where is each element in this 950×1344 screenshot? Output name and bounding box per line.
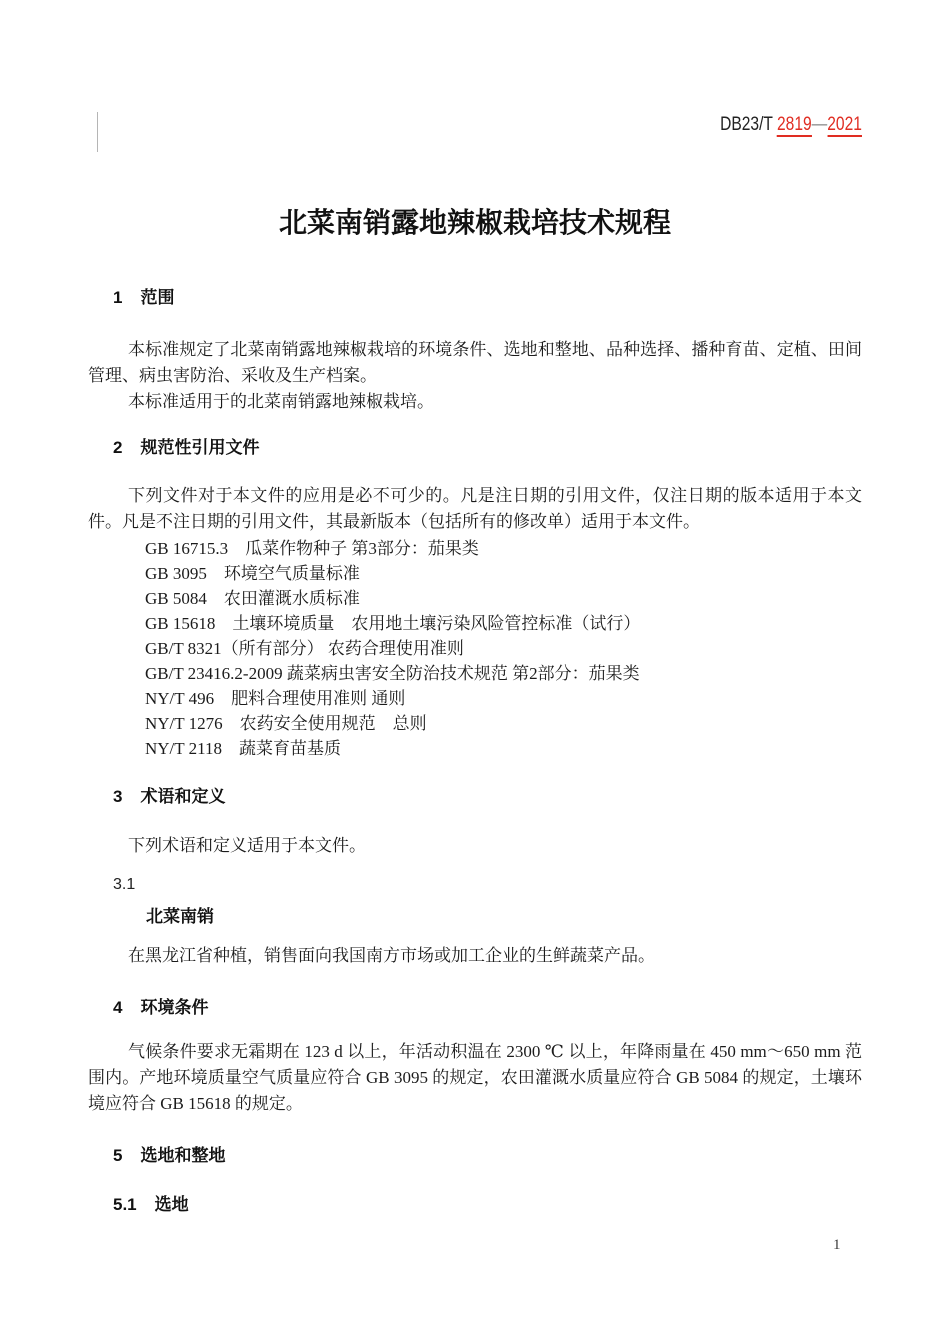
section-heading-site: 5选地和整地 xyxy=(113,1146,225,1166)
references-intro-block: 下列文件对于本文件的应用是必不可少的。凡是注日期的引用文件，仅注日期的版本适用于… xyxy=(88,483,862,535)
reference-item: GB 16715.3 瓜菜作物种子 第3部分：茄果类 xyxy=(88,536,862,561)
reference-item: NY/T 1276 农药安全使用规范 总则 xyxy=(88,711,862,736)
terms-intro: 下列术语和定义适用于本文件。 xyxy=(88,833,862,859)
section-number: 1 xyxy=(113,288,122,308)
section-heading-terms: 3术语和定义 xyxy=(113,787,225,807)
document-page: DB23/T 2819—2021 北菜南销露地辣椒栽培技术规程 1范围 本标准规… xyxy=(0,0,950,1344)
reference-item: GB 3095 环境空气质量标准 xyxy=(88,561,862,586)
section-title: 规范性引用文件 xyxy=(140,438,259,457)
section-heading-environment: 4环境条件 xyxy=(113,998,208,1018)
subsection-number: 5.1 xyxy=(113,1195,137,1215)
terms-intro-block: 下列术语和定义适用于本文件。 xyxy=(88,833,862,859)
section-heading-scope: 1范围 xyxy=(113,288,174,308)
term-definition: 在黑龙江省种植，销售面向我国南方市场或加工企业的生鲜蔬菜产品。 xyxy=(88,943,862,969)
section-title: 环境条件 xyxy=(140,998,208,1017)
references-intro: 下列文件对于本文件的应用是必不可少的。凡是注日期的引用文件，仅注日期的版本适用于… xyxy=(88,483,862,535)
section-number: 4 xyxy=(113,998,122,1018)
term-number: 3.1 xyxy=(113,875,135,895)
section-number: 3 xyxy=(113,787,122,807)
reference-item: NY/T 2118 蔬菜育苗基质 xyxy=(88,736,862,761)
section-title: 范围 xyxy=(140,288,174,307)
reference-item: NY/T 496 肥料合理使用准则 通则 xyxy=(88,686,862,711)
environment-body: 气候条件要求无霜期在 123 d 以上，年活动积温在 2300 ℃ 以上，年降雨… xyxy=(88,1039,862,1117)
subsection-title: 选地 xyxy=(155,1195,189,1214)
standard-code-year: 2021 xyxy=(827,114,862,137)
standard-code-dash: — xyxy=(812,114,828,135)
references-list: GB 16715.3 瓜菜作物种子 第3部分：茄果类 GB 3095 环境空气质… xyxy=(88,536,862,761)
standard-code-number: 2819 xyxy=(777,114,812,137)
standard-code-prefix: DB23/T xyxy=(720,114,777,135)
margin-change-bar xyxy=(97,112,98,152)
reference-item: GB 5084 农田灌溉水质标准 xyxy=(88,586,862,611)
section-heading-references: 2规范性引用文件 xyxy=(113,438,259,458)
term-name: 北菜南销 xyxy=(146,907,214,927)
page-number: 1 xyxy=(833,1236,841,1254)
scope-paragraph-1: 本标准规定了北菜南销露地辣椒栽培的环境条件、选地和整地、品种选择、播种育苗、定植… xyxy=(88,337,862,389)
environment-paragraph: 气候条件要求无霜期在 123 d 以上，年活动积温在 2300 ℃ 以上，年降雨… xyxy=(88,1039,862,1117)
reference-item: GB 15618 土壤环境质量 农用地土壤污染风险管控标准（试行） xyxy=(88,611,862,636)
reference-item: GB/T 23416.2-2009 蔬菜病虫害安全防治技术规范 第2部分：茄果类 xyxy=(88,661,862,686)
scope-body: 本标准规定了北菜南销露地辣椒栽培的环境条件、选地和整地、品种选择、播种育苗、定植… xyxy=(88,337,862,415)
term-definition-block: 在黑龙江省种植，销售面向我国南方市场或加工企业的生鲜蔬菜产品。 xyxy=(88,943,862,969)
reference-item: GB/T 8321（所有部分） 农药合理使用准则 xyxy=(88,636,862,661)
standard-code: DB23/T 2819—2021 xyxy=(720,114,862,136)
subsection-heading-site-selection: 5.1选地 xyxy=(113,1195,189,1215)
document-title: 北菜南销露地辣椒栽培技术规程 xyxy=(0,204,950,242)
section-title: 选地和整地 xyxy=(140,1146,225,1165)
scope-paragraph-2: 本标准适用于的北菜南销露地辣椒栽培。 xyxy=(88,389,862,415)
section-title: 术语和定义 xyxy=(140,787,225,806)
section-number: 5 xyxy=(113,1146,122,1166)
section-number: 2 xyxy=(113,438,122,458)
